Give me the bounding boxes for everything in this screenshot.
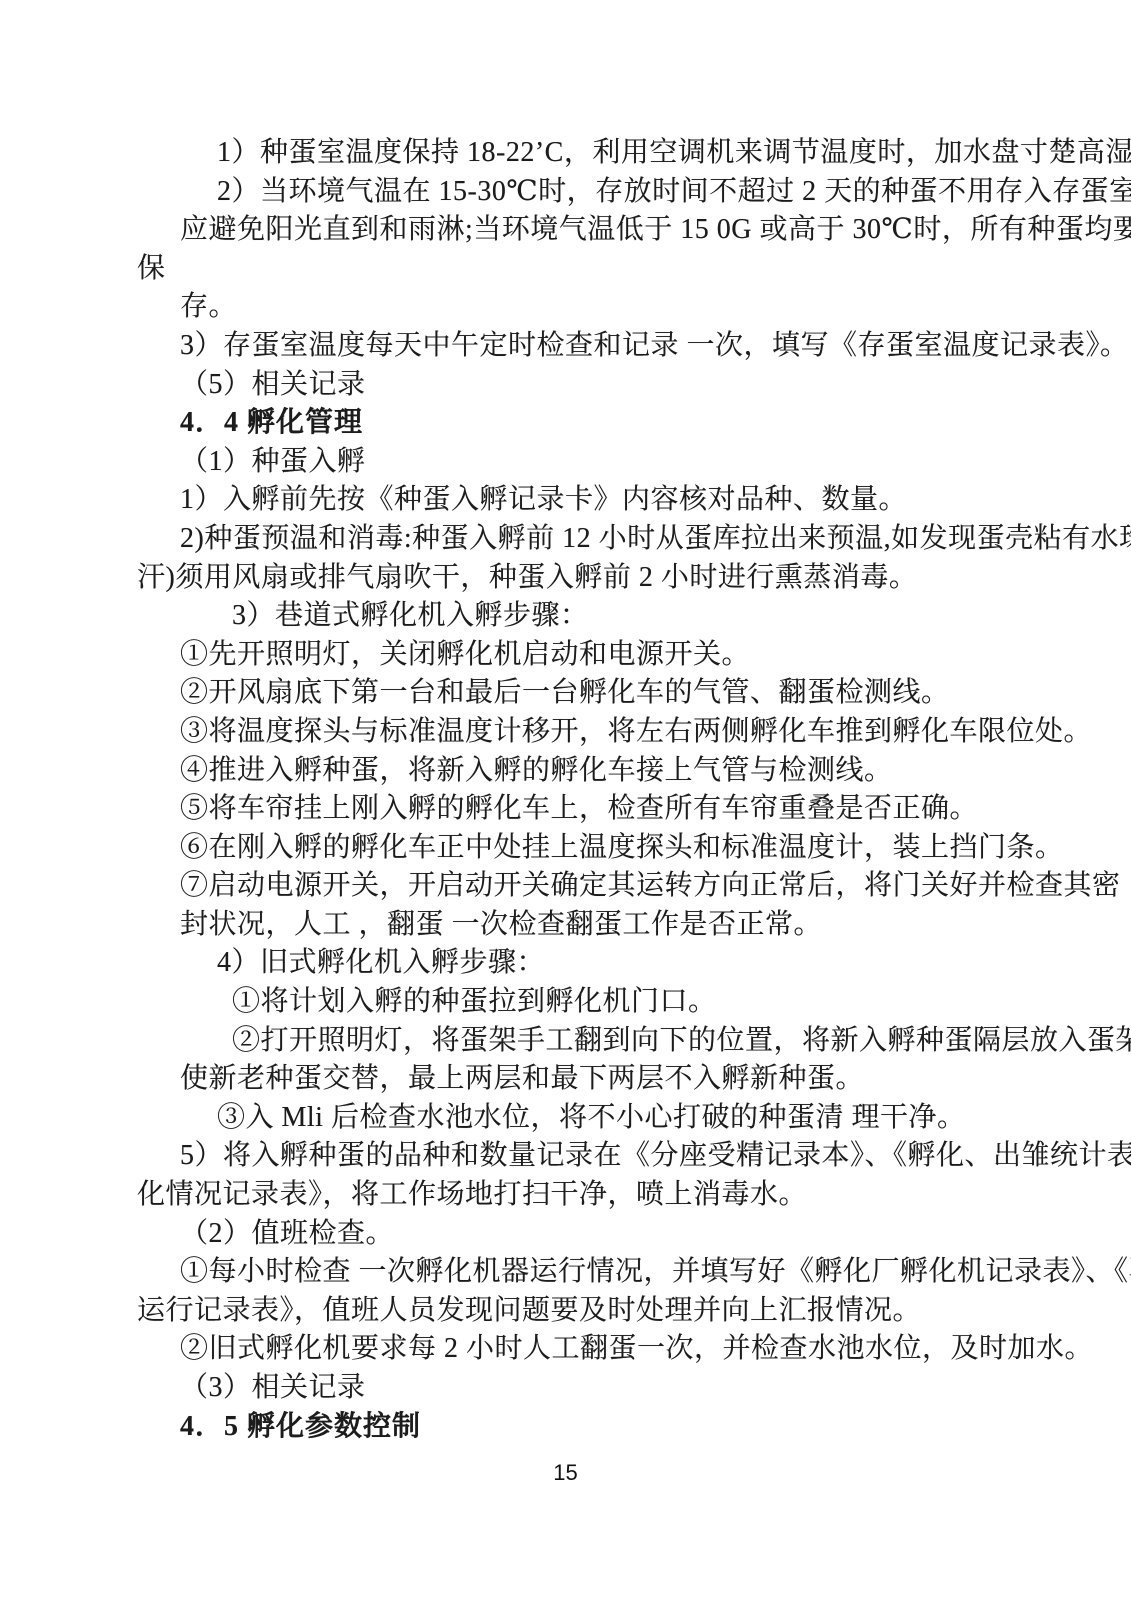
document-line: 使新老种蛋交替，最上两层和最下两层不入孵新种蛋。	[137, 1060, 1003, 1099]
document-line: （2）值班检查。	[137, 1215, 1003, 1254]
document-line: ①每小时检查 一次孵化机器运行情况，并填写好《孵化厂孵化机记录表》、《冷水机	[137, 1253, 1003, 1292]
document-line: 应避免阳光直到和雨淋;当环境气温低于 15 0G 或高于 30℃时，所有种蛋均要…	[137, 211, 1003, 250]
document-line: 1）种蛋室温度保持 18-22’C，利用空调机来调节温度时，加水盘寸楚高湿度。	[137, 134, 1003, 173]
document-line: 2)种蛋预温和消毒:种蛋入孵前 12 小时从蛋库拉出来预温,如发现蛋壳粘有水珠(…	[137, 520, 1003, 559]
document-line: ②旧式孵化机要求每 2 小时人工翻蛋一次，并检查水池水位，及时加水。	[137, 1330, 1003, 1369]
document-line: 3）巷道式孵化机入孵步骤：	[137, 597, 1003, 636]
document-line: （5）相关记录	[137, 366, 1003, 405]
document-line: 封状况，人工 ，翻蛋 一次检查翻蛋工作是否正常。	[137, 906, 1003, 945]
document-line: （1）种蛋入孵	[137, 443, 1003, 482]
page-number: 15	[553, 1460, 577, 1485]
document-line: ①先开照明灯，关闭孵化机启动和电源开关。	[137, 636, 1003, 675]
document-line: 5）将入孵种蛋的品种和数量记录在《分座受精记录本》、《孵化、出雏统计表》、《孵	[137, 1137, 1003, 1176]
page-footer: 15	[0, 1460, 1131, 1486]
document-line: 存。	[137, 288, 1003, 327]
document-line: ③入 Mli 后检查水池水位，将不小心打破的种蛋清 理干净。	[137, 1099, 1003, 1138]
document-page: 1）种蛋室温度保持 18-22’C，利用空调机来调节温度时，加水盘寸楚高湿度。2…	[0, 0, 1131, 1600]
document-line: 运行记录表》，值班人员发现问题要及时处理并向上汇报情况。	[137, 1292, 1003, 1331]
document-line: 保	[137, 250, 1003, 289]
document-line: ③将温度探头与标准温度计移开，将左右两侧孵化车推到孵化车限位处。	[137, 713, 1003, 752]
document-content: 1）种蛋室温度保持 18-22’C，利用空调机来调节温度时，加水盘寸楚高湿度。2…	[137, 134, 1003, 1446]
document-line: 3）存蛋室温度每天中午定时检查和记录 一次，填写《存蛋室温度记录表》。	[137, 327, 1003, 366]
section-heading: 4．5 孵化参数控制	[137, 1408, 1003, 1447]
document-line: ①将计划入孵的种蛋拉到孵化机门口。	[137, 983, 1003, 1022]
document-line: 2）当环境气温在 15-30℃时，存放时间不超过 2 天的种蛋不用存入存蛋室，但	[137, 173, 1003, 212]
document-line: 1）入孵前先按《种蛋入孵记录卡》内容核对品种、数量。	[137, 481, 1003, 520]
document-line: ②打开照明灯，将蛋架手工翻到向下的位置，将新入孵种蛋隔层放入蛋架，	[137, 1022, 1003, 1061]
document-line: 化情况记录表》，将工作场地打扫干净，喷上消毒水。	[137, 1176, 1003, 1215]
document-line: ⑦启动电源开关，开启动开关确定其运转方向正常后，将门关好并检查其密	[137, 867, 1003, 906]
document-line: ②开风扇底下第一台和最后一台孵化车的气管、翻蛋检测线。	[137, 674, 1003, 713]
document-line: 4）旧式孵化机入孵步骤：	[137, 944, 1003, 983]
section-heading: 4．4 孵化管理	[137, 404, 1003, 443]
document-line: ④推进入孵种蛋，将新入孵的孵化车接上气管与检测线。	[137, 752, 1003, 791]
document-line: （3）相关记录	[137, 1369, 1003, 1408]
document-line: ⑥在刚入孵的孵化车正中处挂上温度探头和标准温度计，装上挡门条。	[137, 829, 1003, 868]
document-line: 汗)须用风扇或排气扇吹干，种蛋入孵前 2 小时进行熏蒸消毒。	[137, 559, 1003, 598]
document-line: ⑤将车帘挂上刚入孵的孵化车上，检查所有车帘重叠是否正确。	[137, 790, 1003, 829]
